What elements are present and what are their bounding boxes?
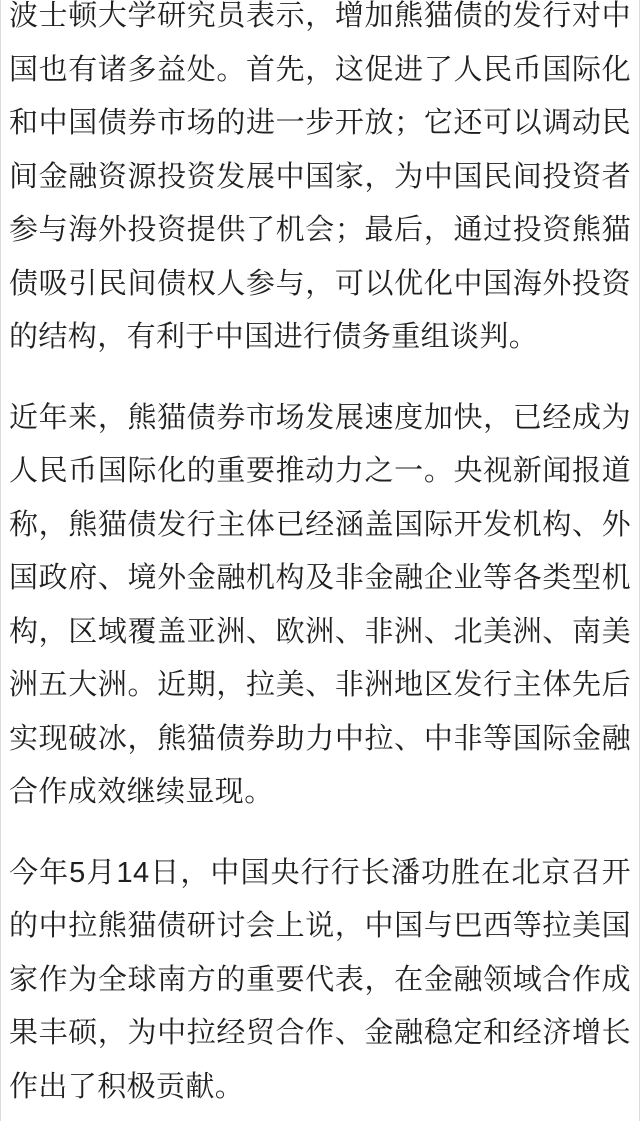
article-paragraph: 今年5月14日，中国央行行长潘功胜在北京召开的中拉熊猫债研讨会上说，中国与巴西等… bbox=[9, 847, 631, 1115]
article-paragraph: 近年来，熊猫债券市场发展速度加快，已经成为人民币国际化的重要推动力之一。央视新闻… bbox=[9, 392, 631, 820]
article-paragraph: 波士顿大学研究员表示，增加熊猫债的发行对中国也有诸多益处。首先，这促进了人民币国… bbox=[9, 0, 631, 365]
article-body: 波士顿大学研究员表示，增加熊猫债的发行对中国也有诸多益处。首先，这促进了人民币国… bbox=[1, 0, 639, 1114]
article-page: 波士顿大学研究员表示，增加熊猫债的发行对中国也有诸多益处。首先，这促进了人民币国… bbox=[0, 0, 640, 1121]
